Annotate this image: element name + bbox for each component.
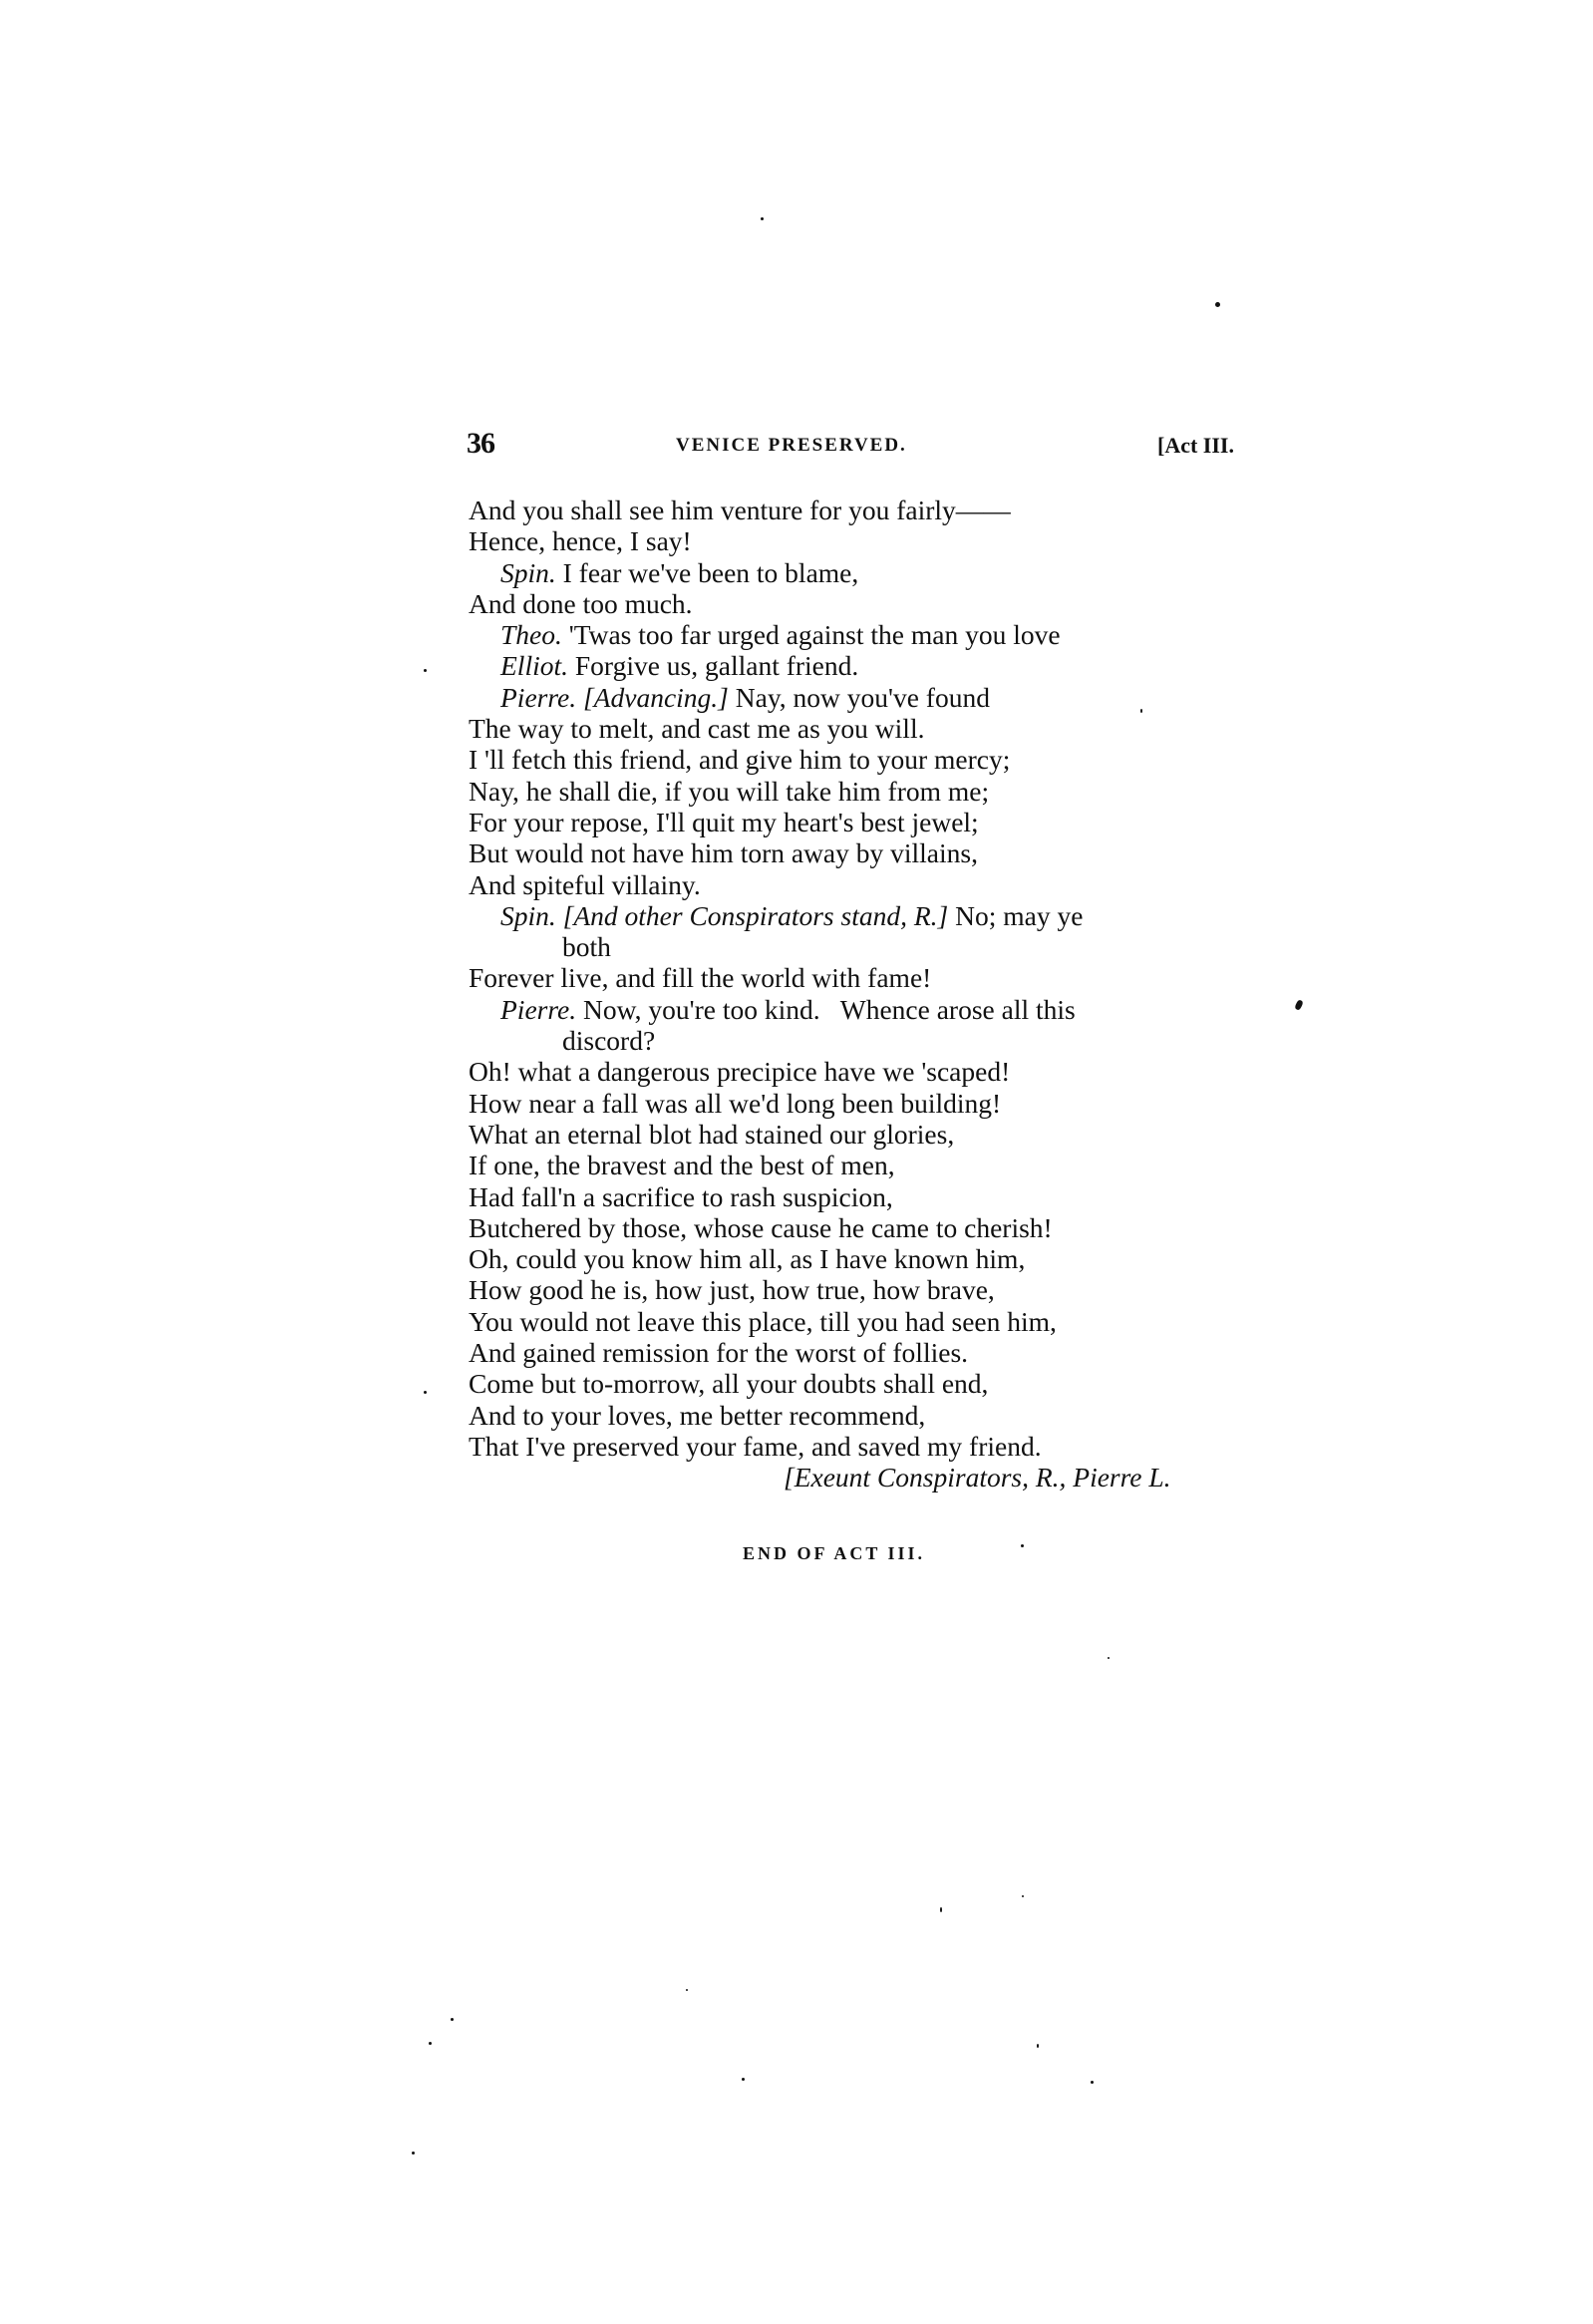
continuation-line: both xyxy=(469,931,1246,962)
scan-speck xyxy=(424,669,427,672)
scan-speck xyxy=(1037,2044,1039,2048)
continuation-line: discord? xyxy=(469,1025,1246,1056)
stage-direction: [Advancing.] xyxy=(576,682,729,713)
scan-speck xyxy=(412,2152,415,2155)
scan-speck xyxy=(761,217,764,220)
verse-line: Come but to-morrow, all your doubts shal… xyxy=(469,1368,1246,1399)
scan-speck xyxy=(686,1989,688,1991)
speech-line: Spin. [And other Conspirators stand, R.]… xyxy=(469,900,1246,931)
speech-line: Pierre. Now, you're too kind. Whence aro… xyxy=(469,994,1246,1025)
speech-line: Spin. I fear we've been to blame, xyxy=(469,557,1246,588)
speech-line: Pierre. [Advancing.] Nay, now you've fou… xyxy=(469,682,1246,713)
end-of-act: END OF ACT III. xyxy=(743,1543,925,1564)
speaker-name: Spin. xyxy=(500,900,556,931)
speaker-name: Pierre. xyxy=(500,994,576,1025)
speaker-name: Spin. xyxy=(500,557,556,588)
act-marker: [Act III. xyxy=(1157,433,1234,459)
verse-line: And done too much. xyxy=(469,588,1246,619)
running-title: VENICE PRESERVED. xyxy=(676,435,907,457)
stage-direction: [Exeunt Conspirators, R., Pierre L. xyxy=(784,1462,1171,1493)
scan-speck xyxy=(1215,302,1220,307)
scan-speck xyxy=(429,2042,432,2045)
verse-line: How good he is, how just, how true, how … xyxy=(469,1274,1246,1305)
verse-line: And to your loves, me better recommend, xyxy=(469,1400,1246,1431)
verse-line: But would not have him torn away by vill… xyxy=(469,837,1246,868)
scan-speck xyxy=(1108,1657,1110,1659)
verse-line: And spiteful villainy. xyxy=(469,869,1246,900)
speaker-name: Pierre. xyxy=(500,682,576,713)
verse-line: How near a fall was all we'd long been b… xyxy=(469,1088,1246,1119)
verse-line: I 'll fetch this friend, and give him to… xyxy=(469,744,1246,775)
verse-line: Oh! what a dangerous precipice have we '… xyxy=(469,1056,1246,1087)
scan-speck xyxy=(1021,1544,1024,1547)
speech-line: Theo. 'Twas too far urged against the ma… xyxy=(469,619,1246,650)
scan-speck xyxy=(451,2018,454,2021)
verse-line: Forever live, and fill the world with fa… xyxy=(469,962,1246,993)
verse-line: If one, the bravest and the best of men, xyxy=(469,1150,1246,1180)
verse-line: What an eternal blot had stained our glo… xyxy=(469,1119,1246,1150)
stage-direction: [And other Conspirators stand, R.] xyxy=(556,900,948,931)
scan-speck xyxy=(940,1907,942,1912)
verse-line: And you shall see him venture for you fa… xyxy=(469,495,1246,525)
running-header: 36 VENICE PRESERVED. [Act III. xyxy=(467,427,1234,463)
verse-line: Hence, hence, I say! xyxy=(469,525,1246,556)
scan-speck xyxy=(1022,1895,1024,1897)
verse-line: For your repose, I'll quit my heart's be… xyxy=(469,807,1246,837)
verse-line: That I've preserved your fame, and saved… xyxy=(469,1431,1246,1462)
page-number: 36 xyxy=(467,427,494,461)
book-page: 36 VENICE PRESERVED. [Act III. And you s… xyxy=(0,0,1593,2324)
verse-line: Butchered by those, whose cause he came … xyxy=(469,1212,1246,1243)
verse-line: Oh, could you know him all, as I have kn… xyxy=(469,1243,1246,1274)
speaker-name: Theo. xyxy=(500,619,562,650)
scan-speck xyxy=(742,2078,745,2081)
verse-line: The way to melt, and cast me as you will… xyxy=(469,713,1246,744)
scan-speck xyxy=(424,1391,427,1394)
scan-speck xyxy=(1294,999,1304,1011)
exit-direction-line: [Exeunt Conspirators, R., Pierre L. xyxy=(469,1462,1246,1493)
scan-speck xyxy=(1091,2081,1094,2084)
verse-line: Had fall'n a sacrifice to rash suspicion… xyxy=(469,1181,1246,1212)
verse-line: Nay, he shall die, if you will take him … xyxy=(469,776,1246,807)
verse-line: You would not leave this place, till you… xyxy=(469,1306,1246,1337)
speaker-name: Elliot. xyxy=(500,650,568,681)
play-text: And you shall see him venture for you fa… xyxy=(469,495,1246,1494)
scan-speck xyxy=(1140,709,1142,713)
verse-line: And gained remission for the worst of fo… xyxy=(469,1337,1246,1368)
speech-line: Elliot. Forgive us, gallant friend. xyxy=(469,650,1246,681)
